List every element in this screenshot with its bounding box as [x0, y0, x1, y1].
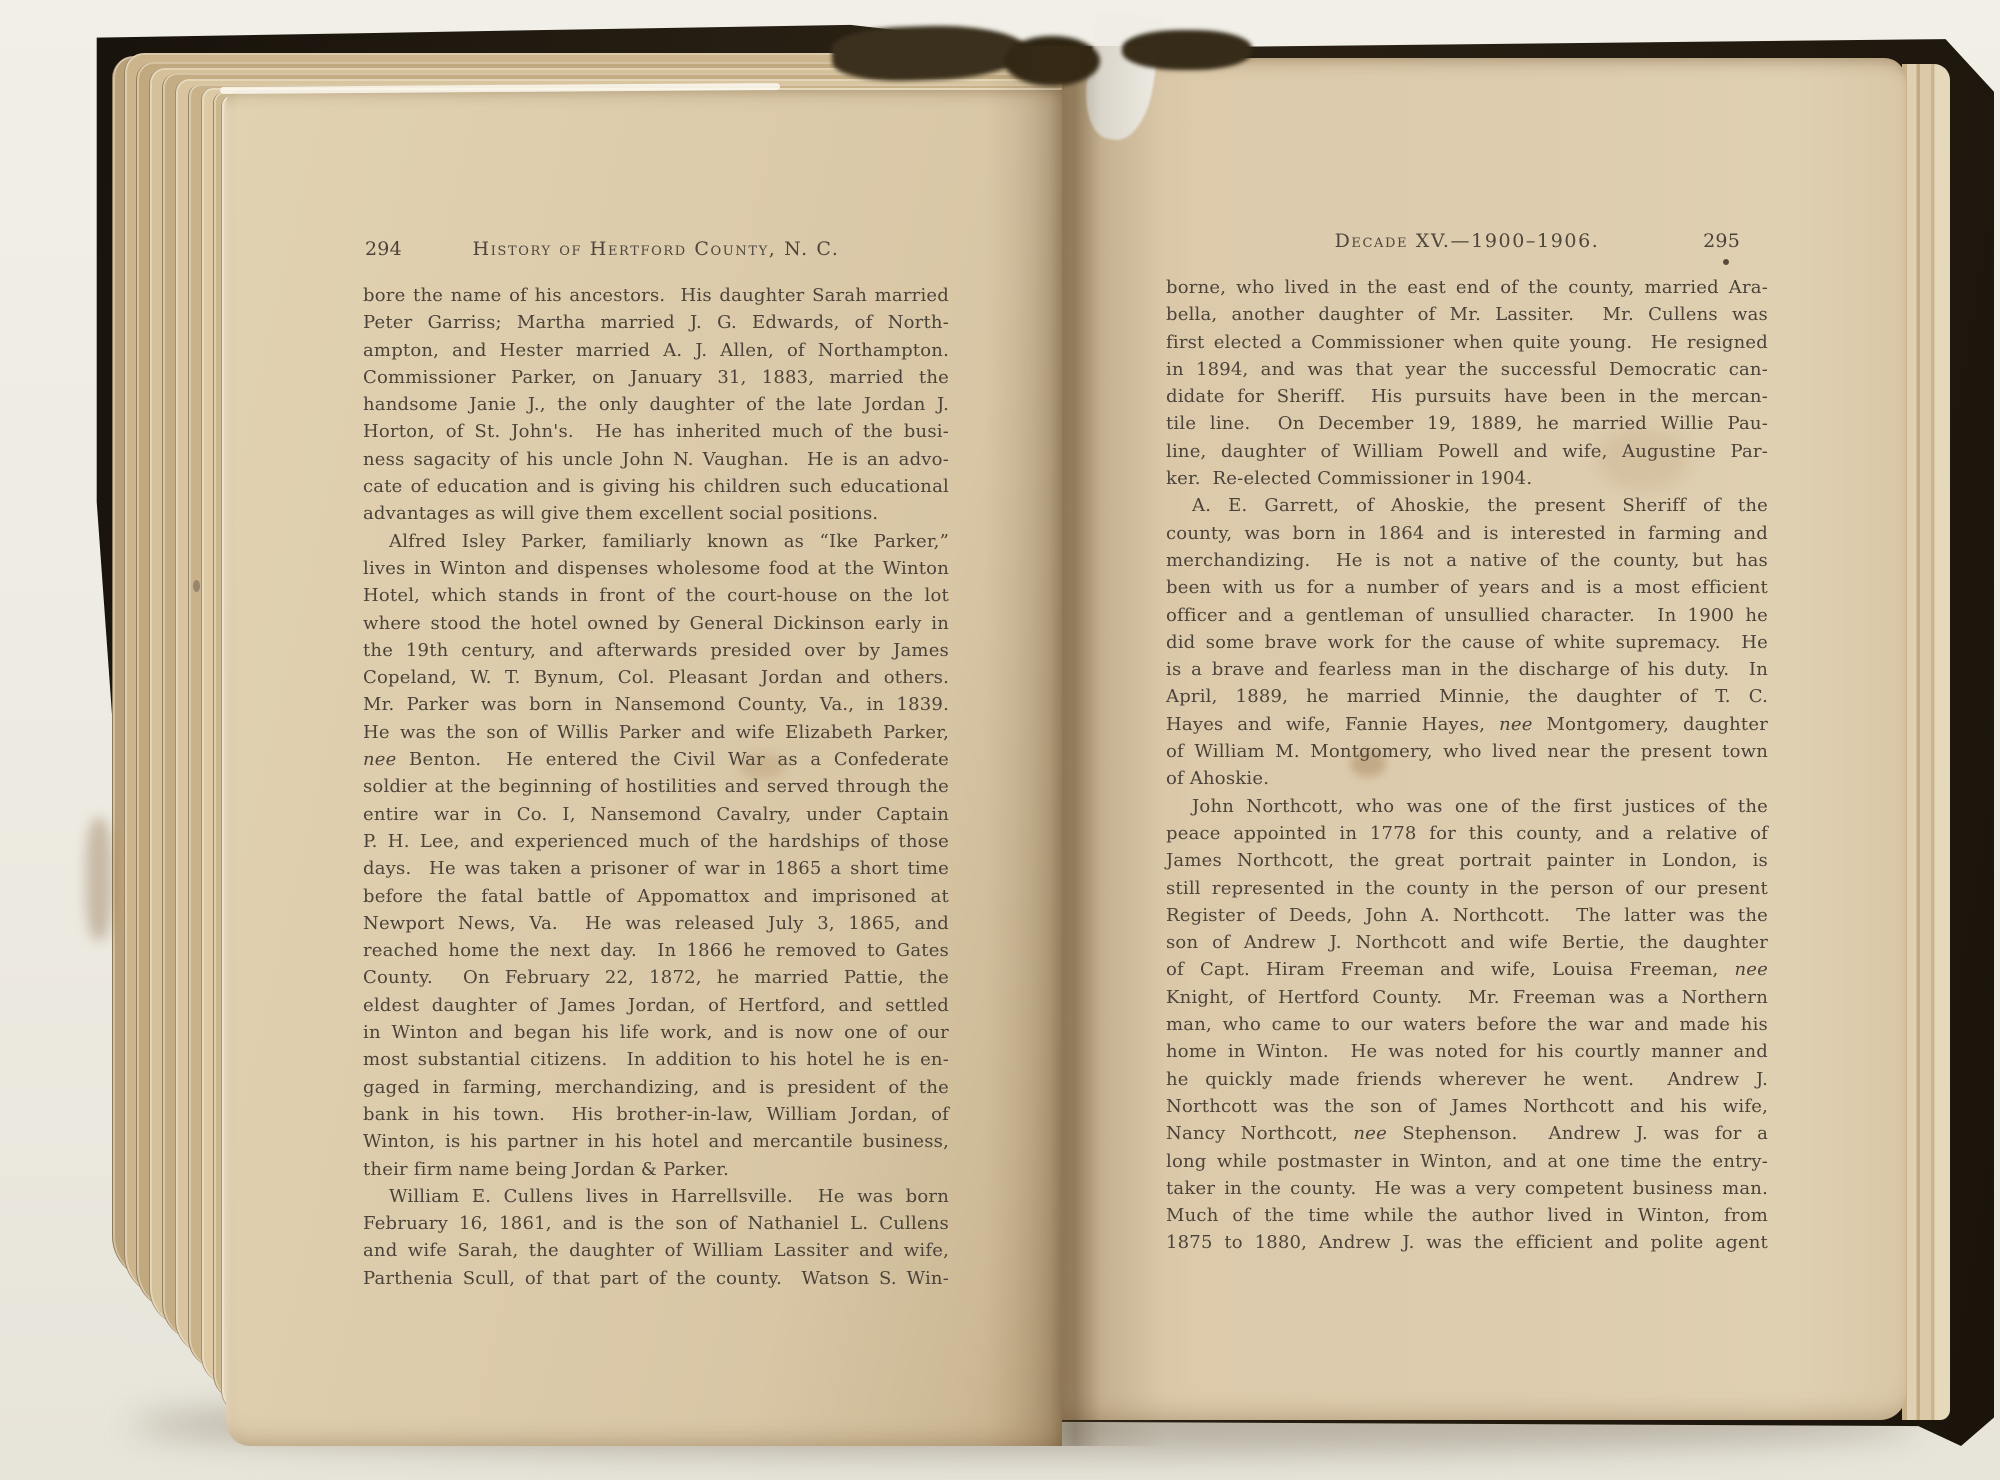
- text-line: of Ahoskie.: [1166, 765, 1768, 792]
- text-line: Peter Garriss; Martha married J. G. Edwa…: [363, 309, 949, 336]
- photo-of-open-book: { "photo": { "background_color": "#edeae…: [0, 0, 2000, 1480]
- text-line: peace appointed in 1778 for this county,…: [1166, 820, 1768, 847]
- text-line: he quickly made friends wherever he went…: [1166, 1066, 1768, 1093]
- text-line: bore the name of his ancestors. His daug…: [363, 282, 949, 309]
- right-page-edge-stack: [1902, 64, 1950, 1420]
- text-line: Newport News, Va. He was released July 3…: [363, 910, 949, 937]
- text-line: nee Benton. He entered the Civil War as …: [363, 746, 949, 773]
- text-line: cate of education and is giving his chil…: [363, 473, 949, 500]
- text-line: still represented in the county in the p…: [1166, 875, 1768, 902]
- text-line: Copeland, W. T. Bynum, Col. Pleasant Jor…: [363, 664, 949, 691]
- text-line: most substantial citizens. In addition t…: [363, 1046, 949, 1073]
- text-line: lives in Winton and dispenses wholesome …: [363, 555, 949, 582]
- text-line: line, daughter of William Powell and wif…: [1166, 438, 1768, 465]
- text-line: February 16, 1861, and is the son of Nat…: [363, 1210, 949, 1237]
- left-page-content: 294 History of Hertford County, N. C. bo…: [363, 238, 949, 1292]
- text-line: County. On February 22, 1872, he married…: [363, 964, 949, 991]
- text-line: first elected a Commissioner when quite …: [1166, 329, 1768, 356]
- text-line: Register of Deeds, John A. Northcott. Th…: [1166, 902, 1768, 929]
- text-line: P. H. Lee, and experienced much of the h…: [363, 828, 949, 855]
- text-line: in 1894, and was that year the successfu…: [1166, 356, 1768, 383]
- text-line: Knight, of Hertford County. Mr. Freeman …: [1166, 984, 1768, 1011]
- text-line: bank in his town. His brother-in-law, Wi…: [363, 1101, 949, 1128]
- text-line: in Winton and began his life work, and i…: [363, 1019, 949, 1046]
- text-line: man, who came to our waters before the w…: [1166, 1011, 1768, 1038]
- text-line: borne, who lived in the east end of the …: [1166, 274, 1768, 301]
- text-line: ness sagacity of his uncle John N. Vaugh…: [363, 446, 949, 473]
- text-line: James Northcott, the great portrait pain…: [1166, 847, 1768, 874]
- text-line: Hotel, which stands in front of the cour…: [363, 582, 949, 609]
- text-line: and wife Sarah, the daughter of William …: [363, 1237, 949, 1264]
- right-page-content: Decade XV.—1900–1906. 295 borne, who liv…: [1166, 230, 1768, 1257]
- text-line: didate for Sheriff. His pursuits have be…: [1166, 383, 1768, 410]
- text-line: their firm name being Jordan & Parker.: [363, 1156, 949, 1183]
- text-line: before the fatal battle of Appomattox an…: [363, 883, 949, 910]
- text-line: Hayes and wife, Fannie Hayes, nee Montgo…: [1166, 711, 1768, 738]
- text-line: tile line. On December 19, 1889, he marr…: [1166, 410, 1768, 437]
- text-line: eldest daughter of James Jordan, of Hert…: [363, 992, 949, 1019]
- text-line: of Capt. Hiram Freeman and wife, Louisa …: [1166, 956, 1768, 983]
- text-line: of William M. Montgomery, who lived near…: [1166, 738, 1768, 765]
- right-running-title: Decade XV.—1900–1906.: [1166, 230, 1768, 252]
- text-line: did some brave work for the cause of whi…: [1166, 629, 1768, 656]
- left-page-lines: bore the name of his ancestors. His daug…: [363, 282, 949, 1292]
- right-page-number: 295: [1703, 230, 1740, 252]
- ink-speck: [193, 580, 200, 592]
- text-line: Winton, is his partner in his hotel and …: [363, 1128, 949, 1155]
- left-page-header: 294 History of Hertford County, N. C.: [363, 238, 949, 264]
- left-page-number: 294: [365, 238, 402, 260]
- right-page-header: Decade XV.—1900–1906. 295: [1166, 230, 1768, 256]
- text-line: handsome Janie J., the only daughter of …: [363, 391, 949, 418]
- text-line: April, 1889, he married Minnie, the daug…: [1166, 683, 1768, 710]
- text-line: the 19th century, and afterwards preside…: [363, 637, 949, 664]
- text-line: He was the son of Willis Parker and wife…: [363, 719, 949, 746]
- text-line: where stood the hotel owned by General D…: [363, 610, 949, 637]
- text-line: Parthenia Scull, of that part of the cou…: [363, 1265, 949, 1292]
- text-line: Much of the time while the author lived …: [1166, 1202, 1768, 1229]
- text-line: soldier at the beginning of hostilities …: [363, 773, 949, 800]
- text-line: Mr. Parker was born in Nansemond County,…: [363, 691, 949, 718]
- text-line: John Northcott, who was one of the first…: [1166, 793, 1768, 820]
- text-line: William E. Cullens lives in Harrellsvill…: [363, 1183, 949, 1210]
- text-line: advantages as will give them excellent s…: [363, 500, 949, 527]
- text-line: bella, another daughter of Mr. Lassiter.…: [1166, 301, 1768, 328]
- text-line: officer and a gentleman of unsullied cha…: [1166, 602, 1768, 629]
- text-line: Alfred Isley Parker, familiarly known as…: [363, 528, 949, 555]
- gutter-shadow: [985, 46, 1165, 1446]
- text-line: entire war in Co. I, Nansemond Cavalry, …: [363, 801, 949, 828]
- text-line: Horton, of St. John's. He has inherited …: [363, 418, 949, 445]
- text-line: Commissioner Parker, on January 31, 1883…: [363, 364, 949, 391]
- text-line: gaged in farming, merchandizing, and is …: [363, 1074, 949, 1101]
- text-line: 1875 to 1880, Andrew J. was the efficien…: [1166, 1229, 1768, 1256]
- text-line: Northcott was the son of James Northcott…: [1166, 1093, 1768, 1120]
- page-stain: [86, 818, 112, 940]
- text-line: days. He was taken a prisoner of war in …: [363, 855, 949, 882]
- text-line: A. E. Garrett, of Ahoskie, the present S…: [1166, 492, 1768, 519]
- text-line: son of Andrew J. Northcott and wife Bert…: [1166, 929, 1768, 956]
- text-line: reached home the next day. In 1866 he re…: [363, 937, 949, 964]
- text-line: Nancy Northcott, nee Stephenson. Andrew …: [1166, 1120, 1768, 1147]
- text-line: ker. Re-elected Commissioner in 1904.: [1166, 465, 1768, 492]
- right-page-lines: borne, who lived in the east end of the …: [1166, 274, 1768, 1257]
- text-line: is a brave and fearless man in the disch…: [1166, 656, 1768, 683]
- text-line: taker in the county. He was a very compe…: [1166, 1175, 1768, 1202]
- text-line: county, was born in 1864 and is interest…: [1166, 520, 1768, 547]
- text-line: been with us for a number of years and i…: [1166, 574, 1768, 601]
- text-line: long while postmaster in Winton, and at …: [1166, 1148, 1768, 1175]
- text-line: ampton, and Hester married A. J. Allen, …: [363, 337, 949, 364]
- left-running-title: History of Hertford County, N. C.: [363, 238, 949, 260]
- text-line: home in Winton. He was noted for his cou…: [1166, 1038, 1768, 1065]
- text-line: merchandizing. He is not a native of the…: [1166, 547, 1768, 574]
